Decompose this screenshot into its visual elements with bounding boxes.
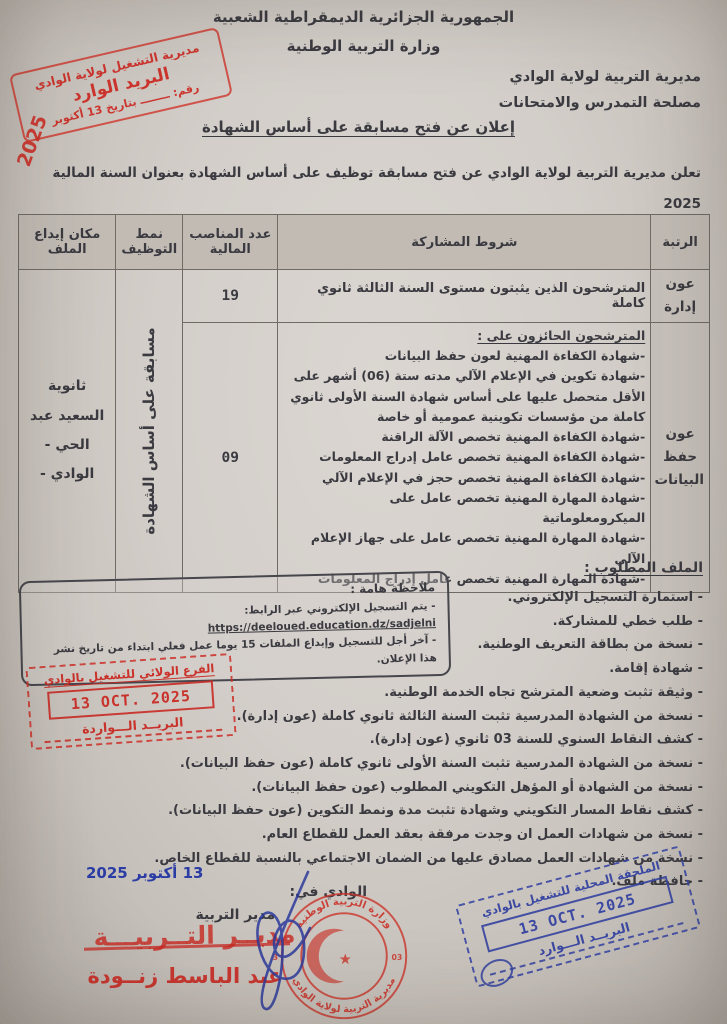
registration-link[interactable]: https://deeloued.education.dz/sadjelni <box>208 617 436 635</box>
condition-item: -شهادة المهارة المهنية تخصص عامل على الم… <box>283 488 645 529</box>
conditions-intro: المترشحون الحائزون على : <box>283 326 645 346</box>
header-conditions: شروط المشاركة <box>278 215 651 270</box>
announcement-title: إعلان عن فتح مسابقة على أساس الشهادة <box>0 118 717 136</box>
condition-item: -شهادة الكفاءة المهنية لعون حفظ البيانات <box>283 346 645 366</box>
header-rank: الرتبة <box>651 215 710 270</box>
recruitment-table: الرتبة شروط المشاركة عدد المناصب المالية… <box>18 214 710 593</box>
doc-item: - كشف النقاط السنوي للسنة 03 ثانوي (عون … <box>154 728 703 752</box>
condition-item: -شهادة الكفاءة المهنية تخصص الآلة الراقن… <box>283 427 645 447</box>
doc-item: - وثيقة تثبت وضعية المترشح تجاه الخدمة ا… <box>154 681 703 705</box>
directorate-block: مديرية التربية لولاية الوادي مصلحة التمد… <box>499 64 701 116</box>
doc-item: - نسخة من الشهادة المدرسية تثبت السنة ال… <box>154 705 703 729</box>
recruitment-mode-value: مسابقة على أساس الشهادة <box>140 327 158 534</box>
employment-branch-stamp: الفرع الولائي للتشغيل بالوادي 13 OCT. 20… <box>25 653 236 750</box>
table-row: عون إدارة المترشحون الذين يثبتون مستوى ا… <box>19 270 710 323</box>
positions-data-agent: 09 <box>183 322 278 592</box>
header-mode: نمط التوظيف <box>116 215 183 270</box>
required-file-title: الملف المطلوب : <box>584 560 703 576</box>
conditions-data-agent: المترشحون الحائزون على : -شهادة الكفاءة … <box>278 322 651 592</box>
signature <box>190 858 350 1023</box>
header-place: مكان إيداع الملف <box>19 215 116 270</box>
header-positions: عدد المناصب المالية <box>183 215 278 270</box>
rank-data-agent: عون حفظ البيانات <box>651 322 710 592</box>
doc-item: - كشف نقاط المسار التكويني وشهادة تثبت م… <box>154 799 703 823</box>
doc-item: - نسخة من شهادات العمل ان وجدت مرفقة بعق… <box>154 823 703 847</box>
service-line: مصلحة التمدرس والامتحانات <box>499 90 701 116</box>
condition-item: -شهادة تكوين في الإعلام الآلي مدته ستة (… <box>283 366 645 427</box>
directorate-line: مديرية التربية لولاية الوادي <box>499 64 701 90</box>
doc-item: - نسخة من الشهادة أو المؤهل التكويني الم… <box>154 776 703 800</box>
doc-item: - نسخة من الشهادة المدرسية تثبت السنة ال… <box>154 752 703 776</box>
positions-admin-agent: 19 <box>183 270 278 323</box>
recruitment-mode-cell: مسابقة على أساس الشهادة <box>116 270 183 593</box>
condition-item: -شهادة الكفاءة المهنية تخصص حجز في الإعل… <box>283 468 645 488</box>
round-stamp-number-right: 03 <box>392 953 403 962</box>
note-line1-text: - يتم التسجيل الإلكتروني عبر الرابط: <box>244 600 436 617</box>
handwritten-date: 13 أكتوبر 2025 <box>86 864 203 882</box>
rank-admin-agent: عون إدارة <box>651 270 710 323</box>
scanned-announcement-document: مديرية التشغيل لولاية الوادي البريد الوا… <box>0 0 727 1024</box>
condition-item: -شهادة الكفاءة المهنية تخصص عامل إدراج ا… <box>283 447 645 467</box>
intro-line-1: تعلن مديرية التربية لولاية الوادي عن فتح… <box>20 158 701 220</box>
table-header-row: الرتبة شروط المشاركة عدد المناصب المالية… <box>19 215 710 270</box>
ministry-header: وزارة التربية الوطنية <box>0 37 727 55</box>
conditions-admin-agent: المترشحون الذين يثبتون مستوى السنة الثال… <box>278 270 651 323</box>
republic-header: الجمهورية الجزائرية الديمقراطية الشعبية <box>0 8 727 26</box>
deposit-place-cell: ثانوية السعيد عبد الحي - الوادي - <box>19 270 116 593</box>
